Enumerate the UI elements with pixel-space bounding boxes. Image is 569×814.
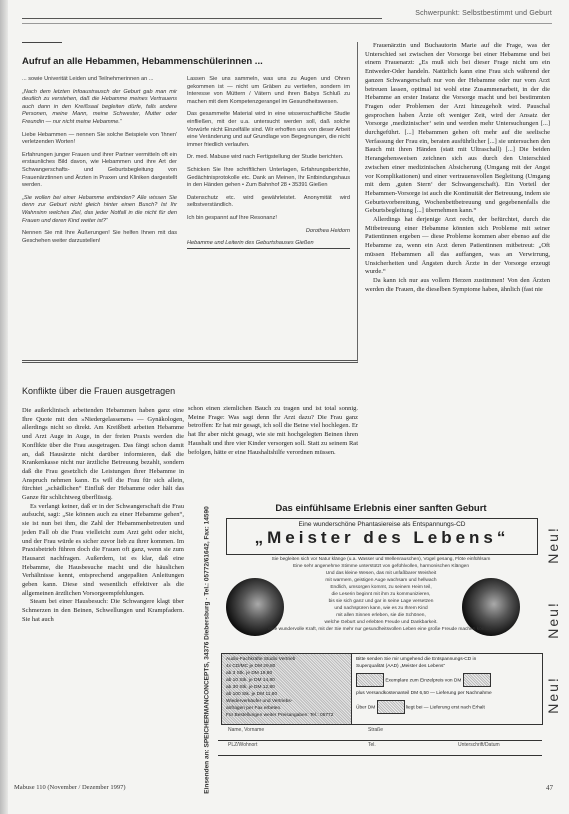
middle-column-text: schon einen ziemlichen Bauch zu tragen u… bbox=[188, 405, 358, 457]
ad-title-box: Eine wunderschöne Phantasiereise als Ent… bbox=[226, 518, 538, 555]
right-column-text: Frauenärztin und Buchautorin Marie auf d… bbox=[365, 42, 550, 294]
paragraph: Steam bei einer Hausbesuch: Die Schwange… bbox=[22, 598, 184, 624]
article: Konflikte über die Frauen ausgetragen Di… bbox=[22, 385, 184, 625]
quantity-box[interactable] bbox=[356, 673, 384, 687]
ad-sender-address: Einsenden an: SPEICHERMANCONCEPTS, 34376… bbox=[196, 560, 218, 740]
neu-label: Neu! bbox=[543, 585, 563, 655]
header-rule-2 bbox=[22, 23, 552, 24]
quote: „Nach dem letzten Infoaustrausch der Geb… bbox=[22, 89, 177, 127]
article-title: Konflikte über die Frauen ausgetragen bbox=[22, 385, 184, 397]
paragraph: Frauenärztin und Buchautorin Marie auf d… bbox=[365, 42, 550, 216]
running-header: Schwerpunkt: Selbstbestimmt und Geburt bbox=[22, 12, 552, 22]
paragraph: Nennen Sie mit Ihre Äußerungen! Sie helf… bbox=[22, 230, 177, 245]
quote: „Sie wollen bei einer Hebamme entbinden?… bbox=[22, 195, 177, 225]
field-row[interactable]: Name, VornameStraße bbox=[218, 726, 542, 741]
ad-poem: Sie begleiten sich vor Natur klänge (u.a… bbox=[221, 556, 541, 633]
address-paragraph: Schicken Sie Ihre schriftlichen Unterlag… bbox=[187, 167, 350, 190]
address-fields: Name, VornameStraße PLZ/WohnortTel.Unter… bbox=[218, 726, 542, 756]
section-title: Schwerpunkt: Selbstbestimmt und Geburt bbox=[415, 10, 552, 17]
cd-advertisement: Einsenden an: SPEICHERMANCONCEPTS, 34376… bbox=[196, 500, 546, 750]
footer-publication: Mabuse 110 (November / Dezember 1997) bbox=[14, 784, 126, 791]
call-for-submissions-box: Aufruf an alle Hebammen, Hebammenschüler… bbox=[22, 42, 358, 363]
paragraph: Liebe Hebammen — nennen Sie solche Beisp… bbox=[22, 132, 177, 147]
neu-label: Neu! bbox=[543, 660, 563, 730]
page-number: 47 bbox=[546, 784, 553, 792]
price-list: Audio-Fachkräfte Studio Vertrieb4x CD/MC… bbox=[222, 654, 352, 724]
header-rule bbox=[22, 18, 382, 19]
paragraph: Ich bin gespannt auf Ihre Resonanz! bbox=[187, 215, 350, 223]
price-box[interactable] bbox=[463, 673, 491, 687]
paragraph: Das gesammelte Material wird in eine wis… bbox=[187, 111, 350, 149]
signature-name: Dorothea Heidorn bbox=[187, 228, 350, 236]
paragraph: Allerdings hat derjenige Arzt recht, der… bbox=[365, 216, 550, 277]
total-box[interactable] bbox=[377, 700, 405, 714]
box-top-rule bbox=[22, 42, 62, 43]
signature-role: Hebamme und Leiterin des Geburtshauses G… bbox=[187, 240, 350, 249]
paragraph: ... sowie Univerität Leiden und Teilnehm… bbox=[22, 76, 177, 84]
paragraph: Dr. med. Mabuse wird nach Fertigstellung… bbox=[187, 154, 350, 162]
box-column-2: Lassen Sie uns sammeln, was uns zu Augen… bbox=[187, 76, 350, 254]
ad-headline: Das einfühlsame Erlebnis einer sanften G… bbox=[221, 503, 541, 514]
paragraph: Es verlangt keiner, daß er in der Schwan… bbox=[22, 503, 184, 599]
order-details: Bitte senden Sie mir umgehend die Entspa… bbox=[356, 656, 536, 714]
ad-subline: Eine wunderschöne Phantasiereise als Ent… bbox=[227, 521, 537, 528]
paragraph: Lassen Sie uns sammeln, was uns zu Augen… bbox=[187, 76, 350, 106]
ad-cd-title: „Meister des Lebens“ bbox=[227, 528, 537, 548]
paragraph: Datenschutz etc. wird gewährleistet. Ano… bbox=[187, 195, 350, 210]
neu-label: Neu! bbox=[543, 510, 563, 580]
field-row[interactable]: PLZ/WohnortTel.Unterschrift/Datum bbox=[218, 741, 542, 756]
paragraph: Da kann ich nur aus vollem Herzen zustim… bbox=[365, 277, 550, 294]
box-title: Aufruf an alle Hebammen, Hebammenschüler… bbox=[22, 56, 263, 67]
order-form: Audio-Fachkräfte Studio Vertrieb4x CD/MC… bbox=[221, 653, 543, 725]
paragraph: Die außerklinisch arbeitenden Hebammen h… bbox=[22, 407, 184, 503]
scan-edge bbox=[0, 0, 8, 814]
article-body: Die außerklinisch arbeitenden Hebammen h… bbox=[22, 407, 184, 625]
paragraph: Erfahrungen junger Frauen und ihrer Part… bbox=[22, 152, 177, 190]
box-column-1: ... sowie Univerität Leiden und Teilnehm… bbox=[22, 76, 177, 250]
